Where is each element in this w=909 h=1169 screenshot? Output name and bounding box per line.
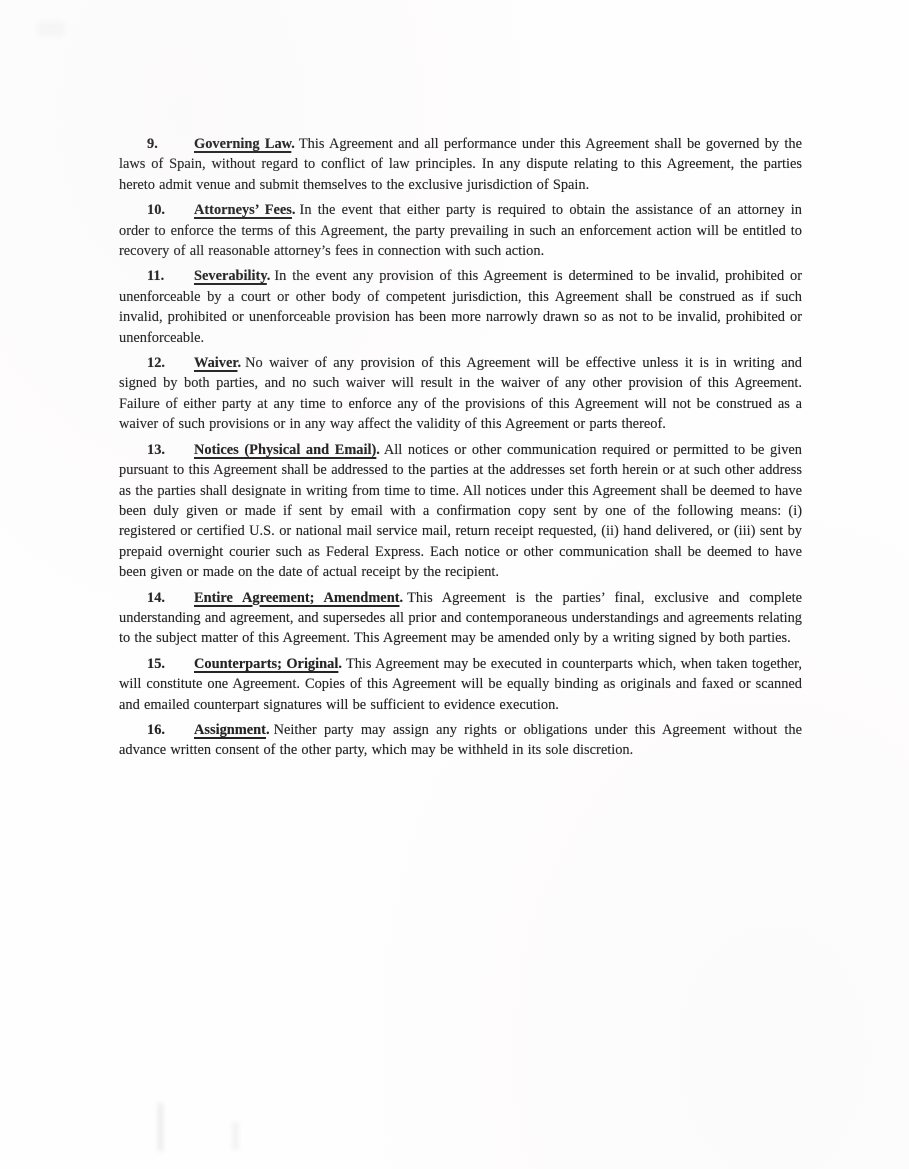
section-attorneys-fees: 10.Attorneys’ Fees.In the event that eit… [119, 200, 802, 261]
section-counterparts: 15.Counterparts; Original.This Agreement… [119, 654, 802, 715]
section-title: Assignment [194, 722, 266, 738]
section-title-period: . [338, 656, 342, 672]
section-title: Governing Law [194, 136, 291, 152]
section-number: 9. [147, 134, 194, 154]
scan-smudge [38, 22, 64, 36]
section-number: 15. [147, 654, 194, 674]
section-number: 14. [147, 588, 194, 608]
scan-smudge [158, 1103, 163, 1151]
section-title-period: . [399, 590, 403, 606]
section-body: All notices or other communication requi… [119, 442, 802, 580]
section-title: Notices (Physical and Email) [194, 442, 376, 458]
section-entire-agreement: 14.Entire Agreement; Amendment.This Agre… [119, 588, 802, 649]
section-title: Waiver [194, 355, 237, 371]
agreement-text-block: 9.Governing Law.This Agreement and all p… [119, 134, 802, 766]
section-title-period: . [237, 355, 241, 371]
section-number: 11. [147, 266, 194, 286]
section-title: Entire Agreement; Amendment [194, 590, 399, 606]
section-title: Counterparts; Original [194, 656, 338, 672]
section-title-period: . [266, 722, 270, 738]
section-title-period: . [267, 268, 271, 284]
section-title: Attorneys’ Fees [194, 202, 292, 218]
section-severability: 11.Severability.In the event any provisi… [119, 266, 802, 348]
section-governing-law: 9.Governing Law.This Agreement and all p… [119, 134, 802, 195]
section-number: 13. [147, 440, 194, 460]
section-number: 16. [147, 720, 194, 740]
section-title: Severability [194, 268, 267, 284]
section-number: 10. [147, 200, 194, 220]
section-number: 12. [147, 353, 194, 373]
section-waiver: 12.Waiver.No waiver of any provision of … [119, 353, 802, 435]
section-assignment: 16.Assignment.Neither party may assign a… [119, 720, 802, 761]
section-title-period: . [292, 202, 296, 218]
section-title-period: . [291, 136, 295, 152]
scan-smudge [232, 1122, 239, 1150]
document-page: 9.Governing Law.This Agreement and all p… [0, 0, 909, 1169]
section-notices: 13.Notices (Physical and Email).All noti… [119, 440, 802, 583]
section-title-period: . [376, 442, 380, 458]
